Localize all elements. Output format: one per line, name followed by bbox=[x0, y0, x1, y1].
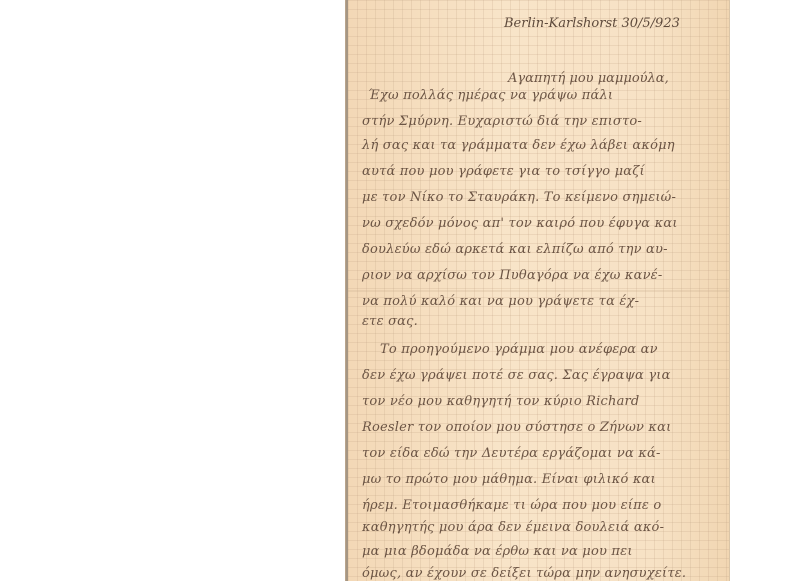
letter-line: στήν Σμύρνη. Ευχαριστώ διά την επιστο- bbox=[362, 114, 642, 129]
letter-line: μω το πρώτο μου μάθημα. Είναι φιλικό και bbox=[362, 472, 656, 487]
paper-fold bbox=[348, 290, 729, 292]
salutation: Αγαπητή μου μαμμούλα, bbox=[508, 71, 669, 86]
letter-line: ριον να αρχίσω τον Πυθαγόρα να έχω κανέ- bbox=[362, 268, 662, 283]
letter-line: μα μια βδομάδα να έρθω και να μου πει bbox=[362, 544, 633, 559]
letter-line: δεν έχω γράψει ποτέ σε σας. Σας έγραψα γ… bbox=[362, 368, 671, 383]
letter-line: Το προηγούμενο γράμμα μου ανέφερα αν bbox=[380, 342, 658, 357]
letter-line: Έχω πολλάς ημέρας να γράψω πάλι bbox=[368, 88, 613, 103]
letter-line: όμως, αν έχουν σε δείξει τώρα μην ανησυχ… bbox=[362, 566, 686, 581]
letter-page: Berlin-Karlshorst 30/5/923 Αγαπητή μου μ… bbox=[346, 0, 729, 581]
letter-line: ετε σας. bbox=[362, 314, 418, 329]
place-date-header: Berlin-Karlshorst 30/5/923 bbox=[504, 16, 680, 31]
letter-line: τον νέο μου καθηγητή τον κύριο Richard bbox=[362, 394, 639, 409]
scan-background: Berlin-Karlshorst 30/5/923 Αγαπητή μου μ… bbox=[0, 0, 800, 581]
letter-line: με τον Νίκο το Σταυράκη. Το κείμενο σημε… bbox=[362, 190, 676, 205]
letter-line: αυτά που μου γράφετε για το τσίγγο μαζί bbox=[362, 164, 645, 179]
letter-line: λή σας και τα γράμματα δεν έχω λάβει ακό… bbox=[362, 138, 675, 153]
letter-line: να πολύ καλό και να μου γράψετε τα έχ- bbox=[362, 294, 639, 309]
letter-line: τον είδα εδώ την Δευτέρα εργάζομαι να κά… bbox=[362, 446, 661, 461]
letter-line: καθηγητής μου άρα δεν έμεινα δουλειά ακό… bbox=[362, 520, 664, 535]
letter-line: νω σχεδόν μόνος απ' τον καιρό που έφυγα … bbox=[362, 216, 678, 231]
letter-line: ήρεμ. Ετοιμασθήκαμε τι ώρα που μου είπε … bbox=[362, 498, 661, 513]
letter-line: Roesler τον οποίον μου σύστησε ο Ζήνων κ… bbox=[362, 420, 671, 435]
letter-line: δουλεύω εδώ αρκετά και ελπίζω από την αυ… bbox=[362, 242, 668, 257]
